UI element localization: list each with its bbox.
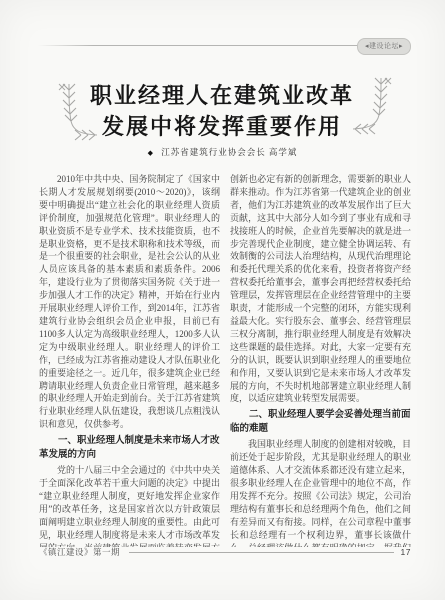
right-column: 创新也必定有新的创新理念，需要新的职业人群来推动。作为江苏省第一代建筑企业的创业… <box>230 173 411 547</box>
diamond-icon: ◆ <box>148 149 154 157</box>
section-heading-2: 二、职业经理人要学会妥善处理当前面临的难题 <box>230 408 411 435</box>
page-number: 17 <box>401 547 411 557</box>
paragraph-4: 我国职业经理人制度的创建相对较晚，目前还处于起步阶段，尤其是职业经理人的职业道德… <box>230 438 411 547</box>
paragraph-2: 党的十八届三中全会通过的《中共中央关于全面深化改革若干重大问题的决定》中提出“建… <box>39 464 220 547</box>
page-footer: 《镇江建设》第一期 17 <box>39 546 411 558</box>
section-badge: ◂建设论坛▸ <box>357 38 411 55</box>
header-rule <box>38 45 404 46</box>
footer-rule <box>129 552 394 553</box>
left-column: 2010年中共中央、国务院制定了《国家中长期人才发展规划纲要(2010～2020… <box>39 173 220 547</box>
article-body: 2010年中共中央、国务院制定了《国家中长期人才发展规划纲要(2010～2020… <box>39 173 411 547</box>
paragraph-1: 2010年中共中央、国务院制定了《国家中长期人才发展规划纲要(2010～2020… <box>39 173 220 431</box>
byline-text: 江苏省建筑行业协会会长 高学斌 <box>161 147 297 157</box>
byline: ◆ 江苏省建筑行业协会会长 高学斌 <box>0 146 445 158</box>
scanned-article-page: ◂建设论坛▸ 职业经理人在建筑业改革 发展中将发挥重要作用 ◆ 江苏省建筑行业协… <box>0 0 445 600</box>
paragraph-3: 创新也必定有新的创新理念，需要新的职业人群来推动。作为江苏省第一代建筑企业的创业… <box>230 173 411 405</box>
article-title-line2: 发展中将发挥重要作用 <box>72 111 372 142</box>
article-title: 职业经理人在建筑业改革 发展中将发挥重要作用 <box>72 80 372 142</box>
journal-name: 《镇江建设》第一期 <box>39 546 120 558</box>
article-title-line1: 职业经理人在建筑业改革 <box>72 80 372 111</box>
section-heading-1: 一、职业经理人制度是未来市场人才改革发展的方向 <box>39 434 220 461</box>
